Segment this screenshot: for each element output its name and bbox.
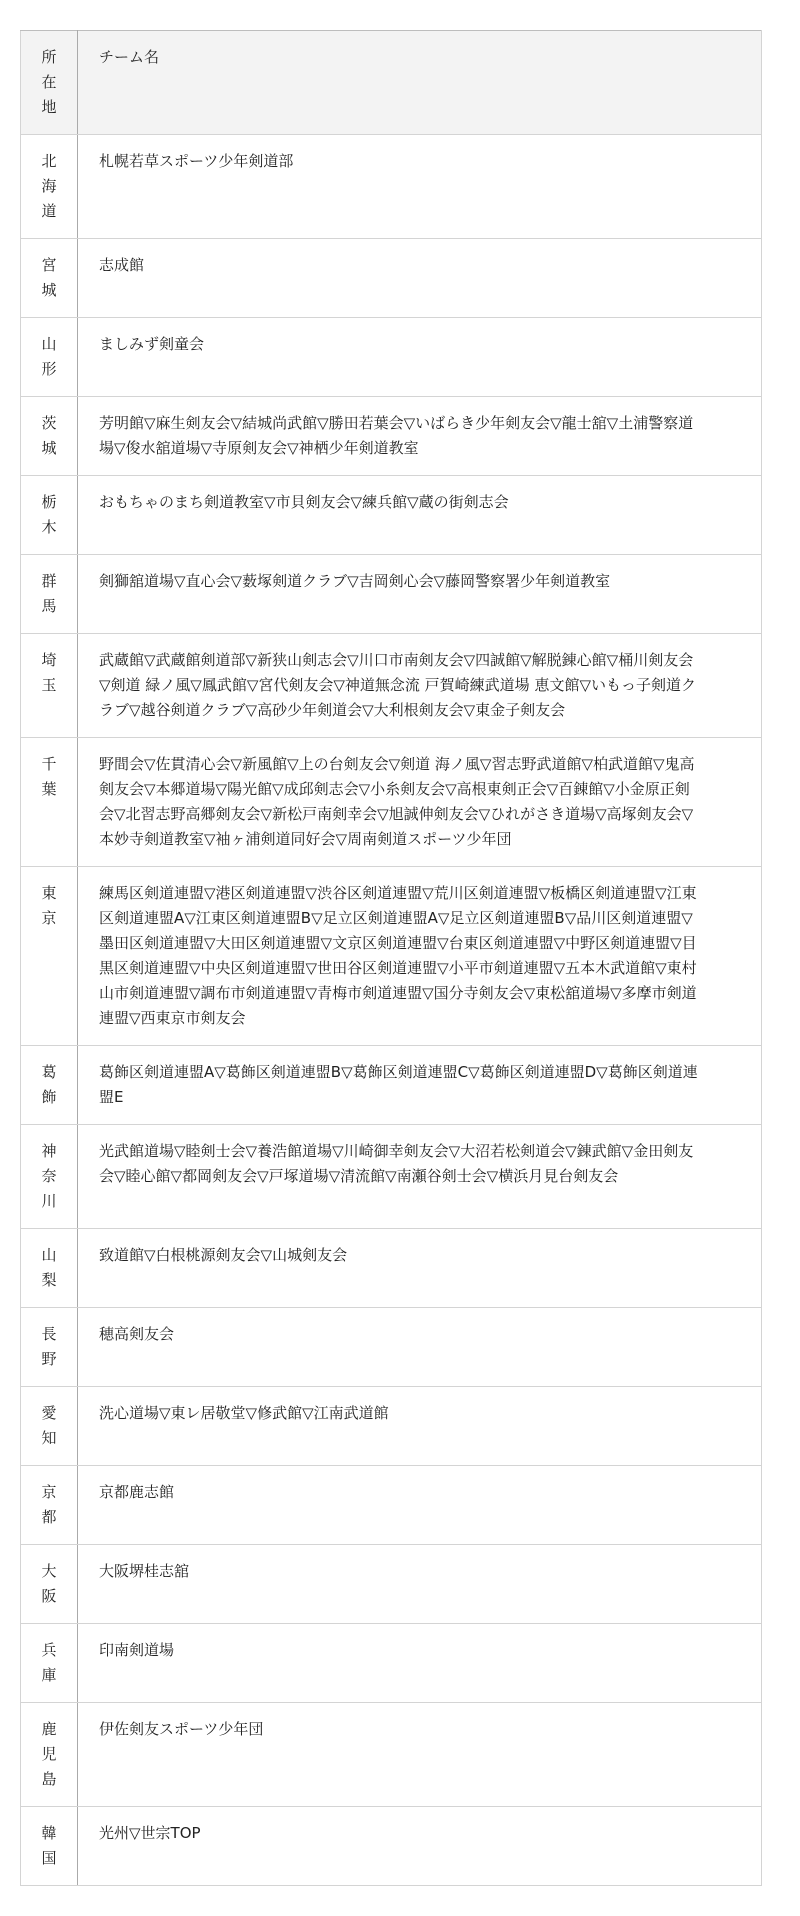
table-row: 愛知洗心道場▽東レ居敬堂▽修武館▽江南武道館 xyxy=(21,1387,762,1466)
team-names-line: 野間会▽佐貫清心会▽新風館▽上の台剣友会▽剣道 海ノ風▽習志野武道館▽柏武道館▽… xyxy=(99,752,741,777)
team-names-line: 山市剣道連盟▽調布市剣道連盟▽青梅市剣道連盟▽国分寺剣友会▽東松舘道場▽多摩市剣… xyxy=(99,981,741,1006)
team-names-line: 印南剣道場 xyxy=(99,1638,741,1663)
team-names-line: 光州▽世宗TOP xyxy=(99,1821,741,1846)
team-names-line: 京都鹿志館 xyxy=(99,1480,741,1505)
team-names-line: 会▽睦心館▽都岡剣友会▽戸塚道場▽清流館▽南瀬谷剣士会▽横浜月見台剣友会 xyxy=(99,1164,741,1189)
team-names-cell: 大阪堺桂志舘 xyxy=(78,1545,762,1624)
location-label: 埼玉 xyxy=(21,648,77,698)
team-names-line: ▽剣道 緑ノ風▽鳳武館▽宮代剣友会▽神道無念流 戸賀崎練武道場 恵文館▽いもっ子… xyxy=(99,673,741,698)
team-names-line: 光武館道場▽睦剣士会▽養浩館道場▽川崎御幸剣友会▽大沼若松剣道会▽錬武館▽金田剣… xyxy=(99,1139,741,1164)
team-names-line: ましみず剣童会 xyxy=(99,332,741,357)
location-cell: 茨城 xyxy=(21,397,78,476)
location-cell: 栃木 xyxy=(21,476,78,555)
team-names-line: 穂高剣友会 xyxy=(99,1322,741,1347)
header-location-label: 所在地 xyxy=(21,45,77,120)
location-cell: 東京 xyxy=(21,867,78,1046)
team-names-line: 連盟▽西東京市剣友会 xyxy=(99,1006,741,1031)
team-names-cell: 京都鹿志館 xyxy=(78,1466,762,1545)
location-label: 山形 xyxy=(21,332,77,382)
team-names-line: おもちゃのまち剣道教室▽市貝剣友会▽練兵館▽蔵の街剣志会 xyxy=(99,490,741,515)
location-label: 群馬 xyxy=(21,569,77,619)
team-names-line: 芳明館▽麻生剣友会▽結城尚武館▽勝田若葉会▽いばらき少年剣友会▽龍士舘▽土浦警察… xyxy=(99,411,741,436)
location-cell: 群馬 xyxy=(21,555,78,634)
team-names-cell: 印南剣道場 xyxy=(78,1624,762,1703)
location-label: 大阪 xyxy=(21,1559,77,1609)
team-names-line: 剣獅舘道場▽直心会▽薮塚剣道クラブ▽吉岡剣心会▽藤岡警察署少年剣道教室 xyxy=(99,569,741,594)
table-row: 京都京都鹿志館 xyxy=(21,1466,762,1545)
location-label: 宮城 xyxy=(21,253,77,303)
team-names-cell: 致道館▽白根桃源剣友会▽山城剣友会 xyxy=(78,1229,762,1308)
team-names-line: 伊佐剣友スポーツ少年団 xyxy=(99,1717,741,1742)
location-cell: 長野 xyxy=(21,1308,78,1387)
team-names-cell: 志成館 xyxy=(78,239,762,318)
header-team-name: チーム名 xyxy=(78,31,762,135)
table-row: 宮城志成館 xyxy=(21,239,762,318)
team-names-cell: 野間会▽佐貫清心会▽新風館▽上の台剣友会▽剣道 海ノ風▽習志野武道館▽柏武道館▽… xyxy=(78,738,762,867)
table-row: 韓国光州▽世宗TOP xyxy=(21,1807,762,1886)
location-label: 東京 xyxy=(21,881,77,931)
table-row: 大阪大阪堺桂志舘 xyxy=(21,1545,762,1624)
table-row: 栃木おもちゃのまち剣道教室▽市貝剣友会▽練兵館▽蔵の街剣志会 xyxy=(21,476,762,555)
team-names-cell: 光州▽世宗TOP xyxy=(78,1807,762,1886)
header-team-name-label: チーム名 xyxy=(99,48,159,66)
location-cell: 鹿児島 xyxy=(21,1703,78,1807)
table-body: 北海道札幌若草スポーツ少年剣道部宮城志成館山形ましみず剣童会茨城芳明館▽麻生剣友… xyxy=(21,135,762,1886)
team-names-line: 札幌若草スポーツ少年剣道部 xyxy=(99,149,741,174)
team-names-cell: 葛飾区剣道連盟A▽葛飾区剣道連盟B▽葛飾区剣道連盟C▽葛飾区剣道連盟D▽葛飾区剣… xyxy=(78,1046,762,1125)
team-names-line: 志成館 xyxy=(99,253,741,278)
table-row: 葛飾葛飾区剣道連盟A▽葛飾区剣道連盟B▽葛飾区剣道連盟C▽葛飾区剣道連盟D▽葛飾… xyxy=(21,1046,762,1125)
table-row: 長野穂高剣友会 xyxy=(21,1308,762,1387)
table-row: 山形ましみず剣童会 xyxy=(21,318,762,397)
location-cell: 宮城 xyxy=(21,239,78,318)
location-label: 鹿児島 xyxy=(21,1717,77,1792)
table-row: 山梨致道館▽白根桃源剣友会▽山城剣友会 xyxy=(21,1229,762,1308)
table-row: 千葉野間会▽佐貫清心会▽新風館▽上の台剣友会▽剣道 海ノ風▽習志野武道館▽柏武道… xyxy=(21,738,762,867)
team-names-line: 剣友会▽本郷道場▽陽光館▽成邱剣志会▽小糸剣友会▽高根東剣正会▽百錬館▽小金原正… xyxy=(99,777,741,802)
location-cell: 山形 xyxy=(21,318,78,397)
team-names-line: 致道館▽白根桃源剣友会▽山城剣友会 xyxy=(99,1243,741,1268)
location-label: 兵庫 xyxy=(21,1638,77,1688)
team-names-line: 墨田区剣道連盟▽大田区剣道連盟▽文京区剣道連盟▽台東区剣道連盟▽中野区剣道連盟▽… xyxy=(99,931,741,956)
location-label: 茨城 xyxy=(21,411,77,461)
table-row: 鹿児島伊佐剣友スポーツ少年団 xyxy=(21,1703,762,1807)
team-names-cell: 伊佐剣友スポーツ少年団 xyxy=(78,1703,762,1807)
location-label: 愛知 xyxy=(21,1401,77,1451)
location-cell: 大阪 xyxy=(21,1545,78,1624)
table-row: 茨城芳明館▽麻生剣友会▽結城尚武館▽勝田若葉会▽いばらき少年剣友会▽龍士舘▽土浦… xyxy=(21,397,762,476)
table-row: 兵庫印南剣道場 xyxy=(21,1624,762,1703)
team-names-line: 区剣道連盟A▽江東区剣道連盟B▽足立区剣道連盟A▽足立区剣道連盟B▽品川区剣道連… xyxy=(99,906,741,931)
team-names-cell: 穂高剣友会 xyxy=(78,1308,762,1387)
team-names-cell: 洗心道場▽東レ居敬堂▽修武館▽江南武道館 xyxy=(78,1387,762,1466)
location-label: 葛飾 xyxy=(21,1060,77,1110)
team-list-table: 所在地 チーム名 北海道札幌若草スポーツ少年剣道部宮城志成館山形ましみず剣童会茨… xyxy=(20,30,762,1886)
team-names-line: 盟E xyxy=(99,1085,741,1110)
team-names-cell: おもちゃのまち剣道教室▽市貝剣友会▽練兵館▽蔵の街剣志会 xyxy=(78,476,762,555)
location-label: 千葉 xyxy=(21,752,77,802)
location-cell: 埼玉 xyxy=(21,634,78,738)
location-cell: 愛知 xyxy=(21,1387,78,1466)
location-cell: 葛飾 xyxy=(21,1046,78,1125)
table-row: 埼玉武蔵館▽武蔵館剣道部▽新狭山剣志会▽川口市南剣友会▽四誠館▽解脱錬心館▽桶川… xyxy=(21,634,762,738)
table-row: 東京練馬区剣道連盟▽港区剣道連盟▽渋谷区剣道連盟▽荒川区剣道連盟▽板橋区剣道連盟… xyxy=(21,867,762,1046)
team-names-line: 武蔵館▽武蔵館剣道部▽新狭山剣志会▽川口市南剣友会▽四誠館▽解脱錬心館▽桶川剣友… xyxy=(99,648,741,673)
team-names-line: 大阪堺桂志舘 xyxy=(99,1559,741,1584)
location-cell: 山梨 xyxy=(21,1229,78,1308)
team-names-cell: 光武館道場▽睦剣士会▽養浩館道場▽川崎御幸剣友会▽大沼若松剣道会▽錬武館▽金田剣… xyxy=(78,1125,762,1229)
location-cell: 兵庫 xyxy=(21,1624,78,1703)
team-names-cell: 札幌若草スポーツ少年剣道部 xyxy=(78,135,762,239)
table-row: 北海道札幌若草スポーツ少年剣道部 xyxy=(21,135,762,239)
table-row: 神奈川光武館道場▽睦剣士会▽養浩館道場▽川崎御幸剣友会▽大沼若松剣道会▽錬武館▽… xyxy=(21,1125,762,1229)
table-row: 群馬剣獅舘道場▽直心会▽薮塚剣道クラブ▽吉岡剣心会▽藤岡警察署少年剣道教室 xyxy=(21,555,762,634)
location-label: 山梨 xyxy=(21,1243,77,1293)
team-names-line: 葛飾区剣道連盟A▽葛飾区剣道連盟B▽葛飾区剣道連盟C▽葛飾区剣道連盟D▽葛飾区剣… xyxy=(99,1060,741,1085)
team-names-line: 場▽俊水舘道場▽寺原剣友会▽神栖少年剣道教室 xyxy=(99,436,741,461)
location-cell: 韓国 xyxy=(21,1807,78,1886)
location-label: 京都 xyxy=(21,1480,77,1530)
location-cell: 千葉 xyxy=(21,738,78,867)
location-cell: 京都 xyxy=(21,1466,78,1545)
location-cell: 神奈川 xyxy=(21,1125,78,1229)
team-names-line: 洗心道場▽東レ居敬堂▽修武館▽江南武道館 xyxy=(99,1401,741,1426)
team-names-cell: 剣獅舘道場▽直心会▽薮塚剣道クラブ▽吉岡剣心会▽藤岡警察署少年剣道教室 xyxy=(78,555,762,634)
location-cell: 北海道 xyxy=(21,135,78,239)
location-label: 長野 xyxy=(21,1322,77,1372)
team-names-cell: 武蔵館▽武蔵館剣道部▽新狭山剣志会▽川口市南剣友会▽四誠館▽解脱錬心館▽桶川剣友… xyxy=(78,634,762,738)
team-names-line: 黒区剣道連盟▽中央区剣道連盟▽世田谷区剣道連盟▽小平市剣道連盟▽五本木武道館▽東… xyxy=(99,956,741,981)
team-names-line: 本妙寺剣道教室▽袖ヶ浦剣道同好会▽周南剣道スポーツ少年団 xyxy=(99,827,741,852)
team-names-line: ラブ▽越谷剣道クラブ▽高砂少年剣道会▽大利根剣友会▽東金子剣友会 xyxy=(99,698,741,723)
header-location: 所在地 xyxy=(21,31,78,135)
team-names-cell: ましみず剣童会 xyxy=(78,318,762,397)
location-label: 神奈川 xyxy=(21,1139,77,1214)
team-names-cell: 練馬区剣道連盟▽港区剣道連盟▽渋谷区剣道連盟▽荒川区剣道連盟▽板橋区剣道連盟▽江… xyxy=(78,867,762,1046)
team-names-cell: 芳明館▽麻生剣友会▽結城尚武館▽勝田若葉会▽いばらき少年剣友会▽龍士舘▽土浦警察… xyxy=(78,397,762,476)
location-label: 栃木 xyxy=(21,490,77,540)
location-label: 北海道 xyxy=(21,149,77,224)
table-header-row: 所在地 チーム名 xyxy=(21,31,762,135)
location-label: 韓国 xyxy=(21,1821,77,1871)
team-names-line: 会▽北習志野高郷剣友会▽新松戸南剣幸会▽旭誠伸剣友会▽ひれがさき道場▽高塚剣友会… xyxy=(99,802,741,827)
team-names-line: 練馬区剣道連盟▽港区剣道連盟▽渋谷区剣道連盟▽荒川区剣道連盟▽板橋区剣道連盟▽江… xyxy=(99,881,741,906)
